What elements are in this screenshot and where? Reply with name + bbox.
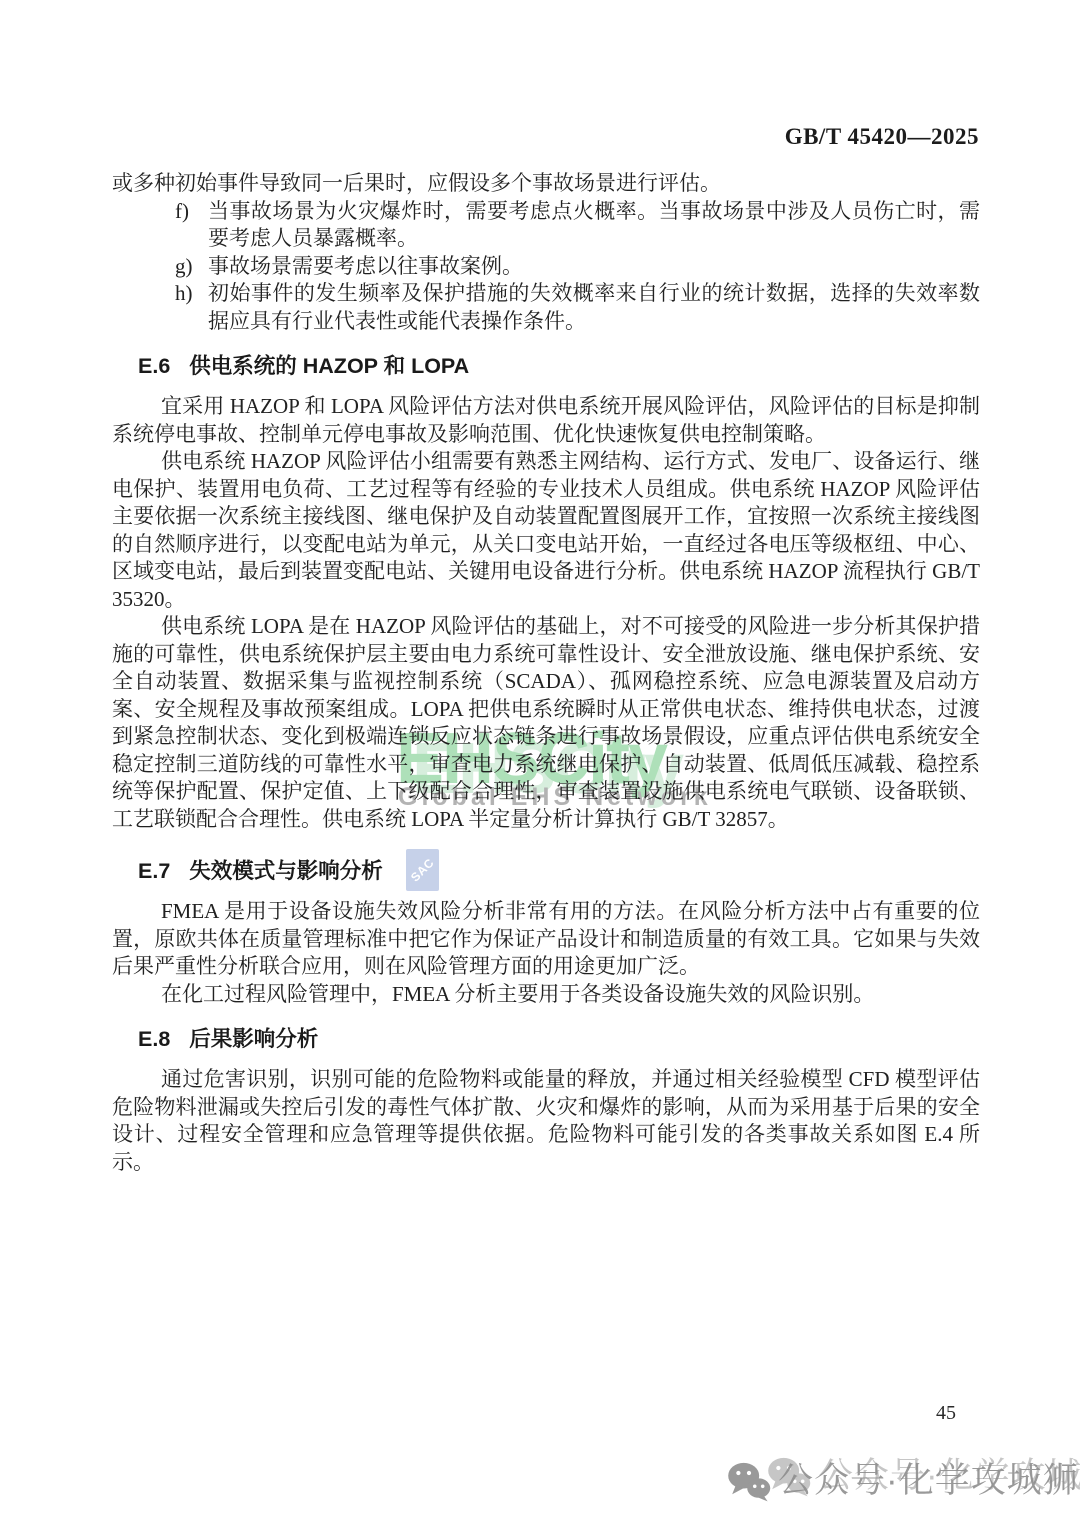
- section-heading-e7: E.7失效模式与影响分析: [138, 857, 980, 885]
- paragraph: 通过危害识别，识别可能的危险物料或能量的释放，并通过相关经验模型 CFD 模型评…: [112, 1066, 980, 1176]
- paragraph: 供电系统 LOPA 是在 HAZOP 风险评估的基础上，对不可接受的风险进一步分…: [112, 613, 980, 833]
- section-number: E.7: [138, 859, 170, 883]
- lettered-list: f) 当事故场景为火灾爆炸时，需要考虑点火概率。当事故场景中涉及人员伤亡时，需要…: [112, 198, 980, 336]
- section-heading-e8: E.8后果影响分析: [138, 1025, 980, 1053]
- paragraph: 供电系统 HAZOP 风险评估小组需要有熟悉主网结构、运行方式、发电厂、设备运行…: [112, 448, 980, 613]
- paragraph: 宜采用 HAZOP 和 LOPA 风险评估方法对供电系统开展风险评估，风险评估的…: [112, 393, 980, 448]
- section-title: 后果影响分析: [189, 1027, 318, 1051]
- section-title: 供电系统的 HAZOP 和 LOPA: [189, 354, 469, 378]
- list-item-text: 事故场景需要考虑以往事故案例。: [208, 253, 980, 281]
- wechat-watermark-front: 公众号·化学攻城狮: [726, 1460, 1079, 1502]
- list-item-text: 当事故场景为火灾爆炸时，需要考虑点火概率。当事故场景中涉及人员伤亡时，需要考虑人…: [208, 198, 980, 253]
- page-number: 45: [936, 1402, 956, 1425]
- list-item-marker: h): [175, 280, 208, 308]
- section-heading-e6: E.6供电系统的 HAZOP 和 LOPA: [138, 352, 980, 380]
- page-content: 或多种初始事件导致同一后果时，应假设多个事故场景进行评估。 f) 当事故场景为火…: [112, 170, 980, 1176]
- wechat-icon: [726, 1460, 772, 1502]
- continuation-text: 或多种初始事件导致同一后果时，应假设多个事故场景进行评估。: [112, 170, 980, 198]
- paragraph: 在化工过程风险管理中，FMEA 分析主要用于各类设备设施失效的风险识别。: [112, 981, 980, 1009]
- section-title: 失效模式与影响分析: [189, 859, 383, 883]
- list-item: g) 事故场景需要考虑以往事故案例。: [112, 253, 980, 281]
- list-item-text: 初始事件的发生频率及保护措施的失效概率来自行业的统计数据，选择的失效率数据应具有…: [208, 280, 980, 335]
- wechat-watermark-text: 公众号·化学攻城狮: [778, 1461, 1079, 1501]
- section-number: E.8: [138, 1027, 170, 1051]
- list-item: f) 当事故场景为火灾爆炸时，需要考虑点火概率。当事故场景中涉及人员伤亡时，需要…: [112, 198, 980, 253]
- list-item: h) 初始事件的发生频率及保护措施的失效概率来自行业的统计数据，选择的失效率数据…: [112, 280, 980, 335]
- standard-code: GB/T 45420—2025: [785, 124, 979, 150]
- section-number: E.6: [138, 354, 170, 378]
- list-item-marker: g): [175, 253, 208, 281]
- paragraph: FMEA 是用于设备设施失效风险分析非常有用的方法。在风险分析方法中占有重要的位…: [112, 898, 980, 981]
- document-page: EHSCity EHSCity Global EHS Network SAC G…: [0, 0, 1080, 1527]
- list-item-marker: f): [175, 198, 208, 226]
